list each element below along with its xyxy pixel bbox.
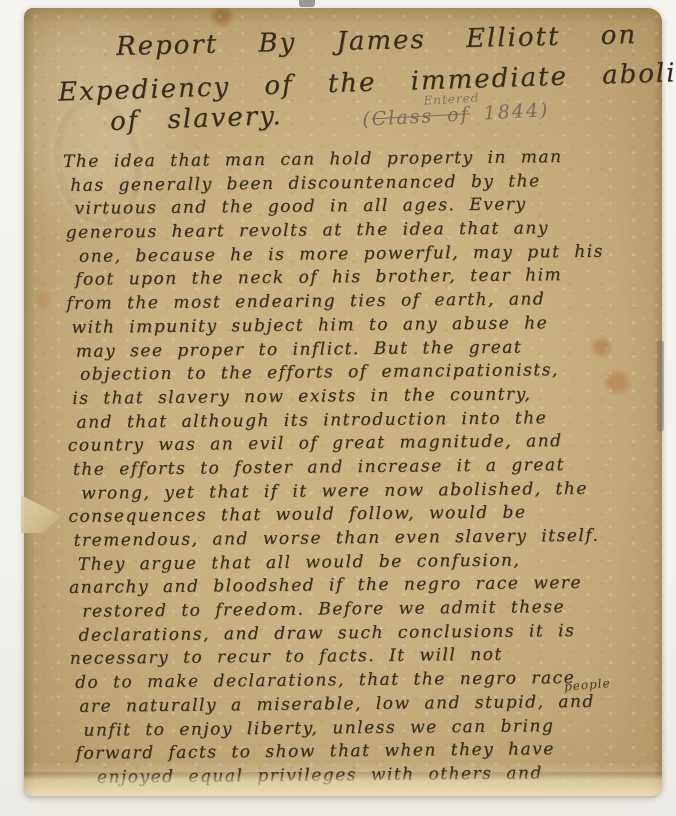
- title-line-1: Report By James Elliott on the: [116, 18, 676, 62]
- struck-class-of: Class of: [371, 103, 470, 130]
- background-sliver: [299, 0, 315, 7]
- manuscript-body: The idea that man can hold property in m…: [61, 146, 673, 791]
- title-line-3: of slavery.: [110, 101, 284, 137]
- manuscript-page: Report By James Elliott on the Expedienc…: [24, 8, 662, 796]
- body-line: enjoyed equal privileges with others and: [97, 762, 673, 791]
- scan-background: Report By James Elliott on the Expedienc…: [0, 0, 676, 816]
- page-edge-tear: [21, 495, 61, 533]
- close-paren: ): [539, 99, 550, 121]
